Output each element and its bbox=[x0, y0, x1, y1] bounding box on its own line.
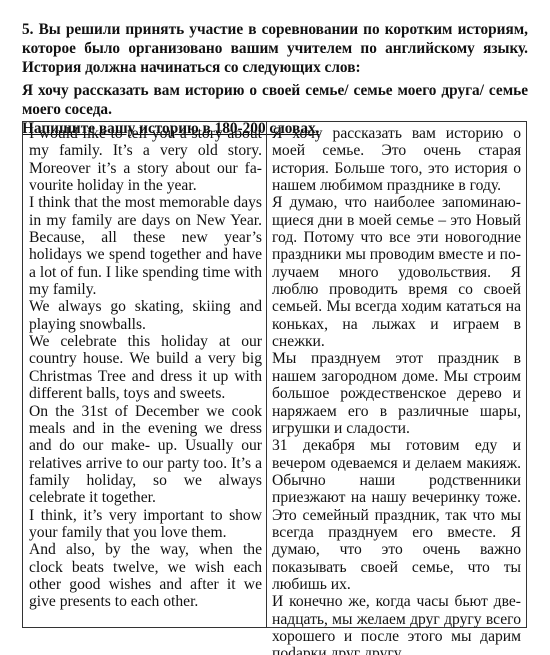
english-paragraph: I think that the most memorable days in … bbox=[29, 194, 262, 298]
story-opening-prompt: Я хочу рассказать вам историю о своей се… bbox=[22, 81, 528, 119]
english-paragraph: I would like to tell you a story about m… bbox=[29, 125, 262, 194]
russian-paragraph: Я думаю, что наиболее запоминаю­щиеся дн… bbox=[272, 194, 521, 350]
english-paragraph: We always go skating, skiing and playing… bbox=[29, 298, 262, 333]
english-paragraph: On the 31st of December we cook meals an… bbox=[29, 403, 262, 507]
english-paragraph: And also, by the way, when the clock bea… bbox=[29, 541, 262, 610]
russian-paragraph: И конечно же, когда часы бьют две­надцат… bbox=[272, 593, 521, 655]
english-paragraph: We celebrate this holiday at our coun­tr… bbox=[29, 333, 262, 402]
russian-paragraph: Мы празднуем этот праздник в нашем загор… bbox=[272, 350, 521, 437]
task-heading: 5. Вы решили принять участие в соревнова… bbox=[22, 20, 528, 77]
russian-translation-column: Я хочу рассказать вам историю о моей сем… bbox=[267, 122, 526, 627]
russian-paragraph: 31 декабря мы готовим еду и вечером одев… bbox=[272, 437, 521, 593]
story-table: I would like to tell you a story about m… bbox=[22, 121, 527, 628]
russian-paragraph: Я хочу рассказать вам историю о моей сем… bbox=[272, 125, 521, 194]
english-paragraph: I think, it’s very important to show you… bbox=[29, 507, 262, 542]
english-story-column: I would like to tell you a story about m… bbox=[23, 122, 267, 627]
